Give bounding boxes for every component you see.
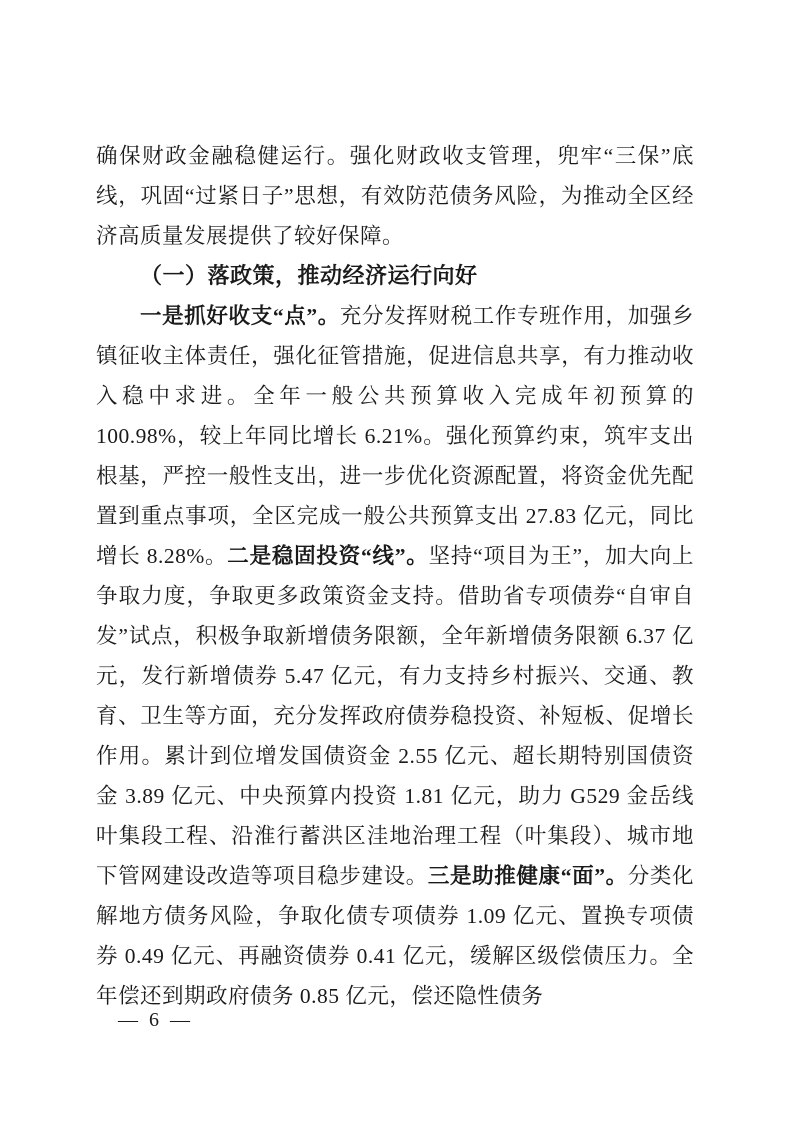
body-paragraph: 一是抓好收支“点”。充分发挥财税工作专班作用，加强乡镇征收主体责任，强化征管措施… (96, 296, 694, 1016)
text-run: 坚持“项目为王”，加大向上争取力度，争取更多政策资金支持。借助省专项债券“自审自… (96, 544, 694, 888)
section-heading: （一）落政策，推动经济运行向好 (96, 256, 694, 296)
document-page: 确保财政金融稳健运行。强化财政收支管理，兜牢“三保”底线，巩固“过紧日子”思想，… (0, 0, 793, 1122)
document-body: 确保财政金融稳健运行。强化财政收支管理，兜牢“三保”底线，巩固“过紧日子”思想，… (96, 136, 694, 1016)
body-paragraph: 确保财政金融稳健运行。强化财政收支管理，兜牢“三保”底线，巩固“过紧日子”思想，… (96, 136, 694, 256)
emphasis-run: 二是稳固投资“线”。 (227, 544, 428, 568)
emphasis-run: 三是助推健康“面”。 (428, 864, 628, 888)
page-number: — 6 — (118, 1000, 193, 1040)
emphasis-run: （一）落政策，推动经济运行向好 (140, 263, 478, 288)
text-run: 充分发挥财税工作专班作用，加强乡镇征收主体责任，强化征管措施，促进信息共享，有力… (96, 304, 694, 568)
emphasis-run: 一是抓好收支“点”。 (140, 304, 340, 328)
text-run: 确保财政金融稳健运行。强化财政收支管理，兜牢“三保”底线，巩固“过紧日子”思想，… (96, 144, 694, 248)
